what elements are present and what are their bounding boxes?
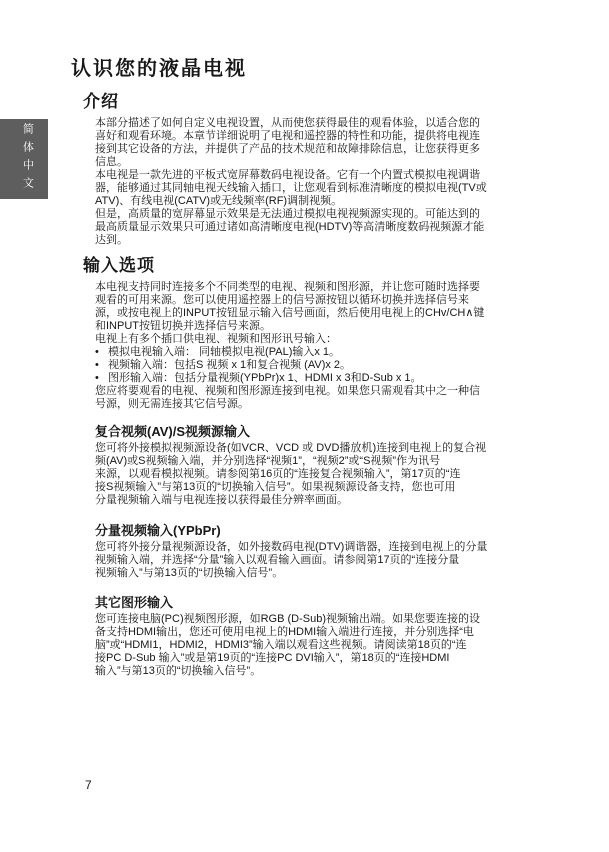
- subsection-heading-component: 分量视频输入(YPbPr): [95, 522, 549, 539]
- intro-paragraphs: 本部分描述了如何自定义电视设置，从而使您获得最佳的观看体验，以适合您的 喜好和观…: [95, 117, 545, 247]
- list-item: 模拟电视输入端： 同轴模拟电视(PAL)输入x 1。: [95, 346, 545, 359]
- list-item-text: 图形输入端：包括分量视频(YPbPr)x 1、HDMI x 3和D-Sub x …: [108, 372, 422, 385]
- list-item: 图形输入端：包括分量视频(YPbPr)x 1、HDMI x 3和D-Sub x …: [95, 372, 545, 385]
- language-tab-label: 简体中文: [22, 123, 33, 195]
- language-side-tab: 简体中文: [0, 119, 48, 199]
- bullet-icon: [95, 346, 108, 359]
- subsection-heading-other-graphics: 其它图形输入: [95, 594, 549, 611]
- bullet-icon: [95, 359, 108, 372]
- subsection-heading-av-svideo: 复合视频(AV)/S视频源输入: [95, 423, 549, 440]
- section-heading-intro: 介绍: [83, 91, 549, 113]
- input-options-paragraph: 本电视支持同时连接多个不同类型的电视、视频和图形源，并让您可随时选择要 观看的可…: [95, 281, 545, 346]
- subsection-body-av-svideo: 您可将外接模拟视频源设备(如VCR、VCD 或 DVD播放机)连接到电视上的复合…: [95, 442, 545, 507]
- list-item-text: 模拟电视输入端： 同轴模拟电视(PAL)输入x 1。: [108, 346, 340, 359]
- section-heading-input-options: 输入选项: [83, 255, 549, 277]
- bullet-icon: [95, 372, 108, 385]
- manual-page-content: 认识您的液晶电视 介绍 本部分描述了如何自定义电视设置，从而使您获得最佳的观看体…: [71, 56, 549, 678]
- list-item: 视频输入端：包括S 视频 x 1和复合视频 (AV)x 2。: [95, 359, 545, 372]
- list-item-text: 视频输入端：包括S 视频 x 1和复合视频 (AV)x 2。: [108, 359, 351, 372]
- subsection-body-other-graphics: 您可连接电脑(PC)视频图形源，如RGB (D-Sub)视频输出端。如果您要连接…: [95, 613, 545, 678]
- subsection-body-component: 您可将外接分量视频源设备，如外接数码电视(DTV)调谐器，连接到电视上的分量 视…: [95, 541, 545, 580]
- input-options-note: 您应将要观看的电视、视频和图形源连接到电视。如果您只需观看其中之一种信 号源，则…: [95, 385, 545, 411]
- page-title: 认识您的液晶电视: [71, 56, 549, 82]
- page-number: 7: [85, 778, 92, 792]
- input-types-list: 模拟电视输入端： 同轴模拟电视(PAL)输入x 1。 视频输入端：包括S 视频 …: [95, 346, 545, 385]
